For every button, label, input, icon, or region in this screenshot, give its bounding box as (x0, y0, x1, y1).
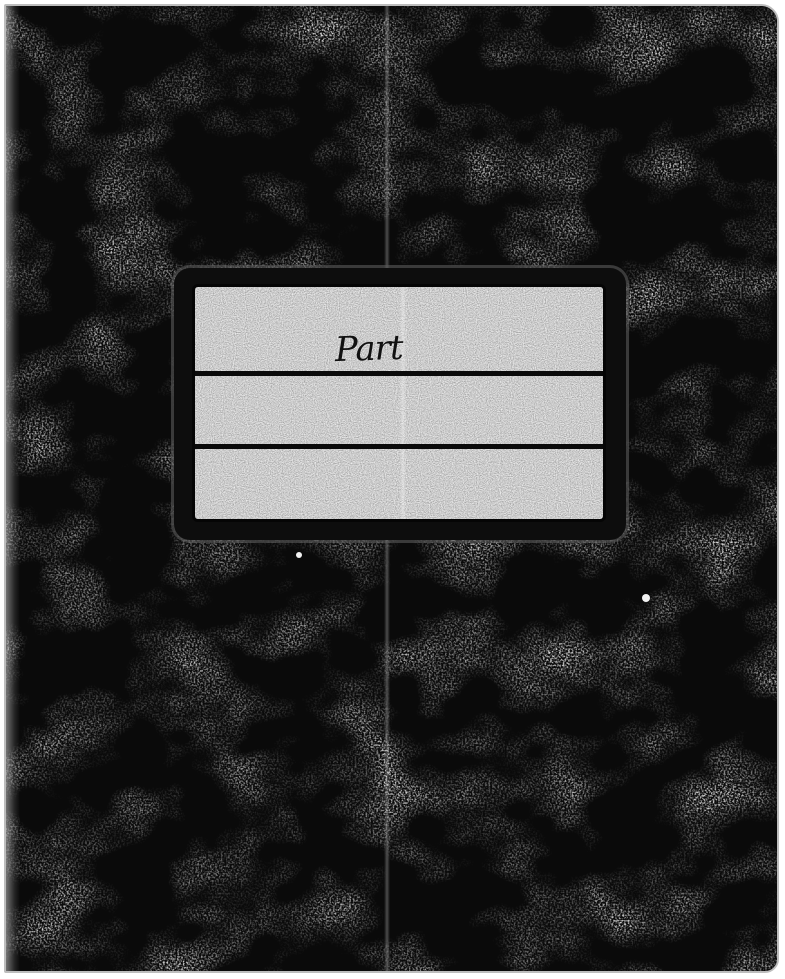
handwritten-title: Part (334, 328, 403, 370)
cover-label: Part (192, 284, 606, 522)
white-speck (642, 594, 650, 602)
white-speck (296, 552, 302, 558)
notebook-cover: Part (4, 4, 779, 973)
label-rule-line (195, 371, 603, 376)
binding-edge (6, 6, 20, 971)
cover-label-frame: Part (174, 268, 626, 540)
label-fold-crease (400, 287, 406, 519)
label-rule-line (195, 444, 603, 449)
label-paper-texture (195, 287, 603, 519)
